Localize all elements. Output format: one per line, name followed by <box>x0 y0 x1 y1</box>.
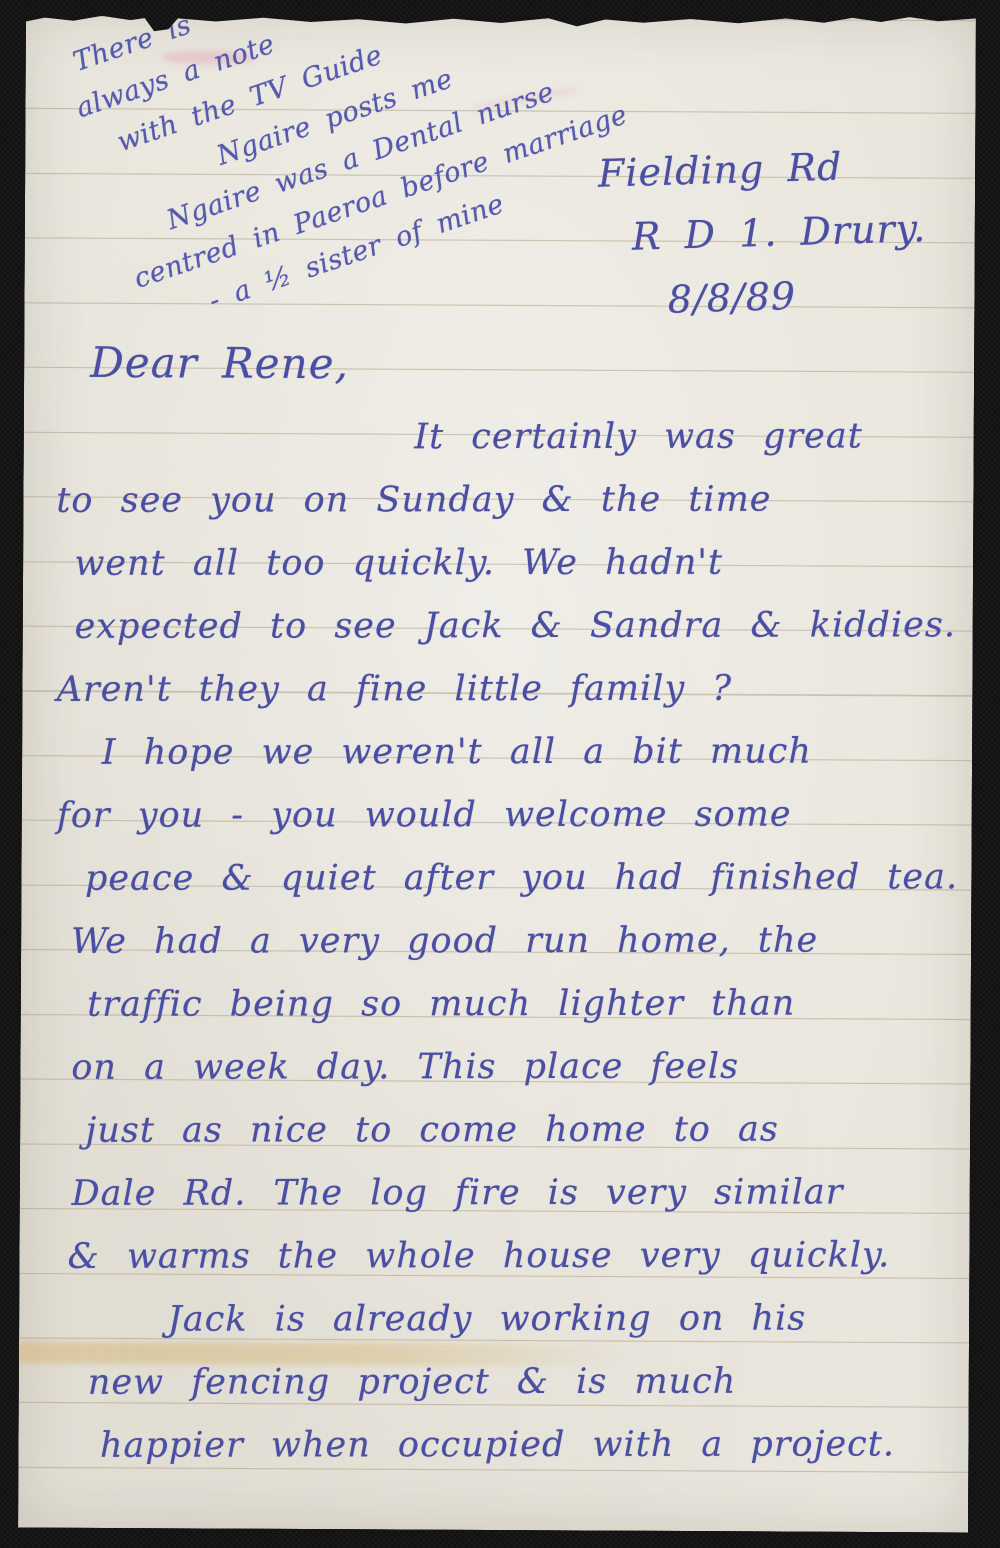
letter-body: It certainly was great to see you on Sun… <box>56 405 963 1478</box>
body-line: & warms the whole house very quickly. <box>68 1224 963 1289</box>
body-line: on a week day. This place feels <box>71 1035 962 1100</box>
black-fabric-background: There is always a note with the TV Guide… <box>0 0 1000 1548</box>
body-line: I hope we weren't all a bit much <box>102 720 962 785</box>
body-line: traffic being so much lighter than <box>87 972 962 1037</box>
address-street: Fielding Rd <box>597 132 925 206</box>
body-line: Dale Rd. The log fire is very similar <box>71 1161 962 1226</box>
body-line: We had a very good run home, the <box>71 909 962 974</box>
address-locality: R D 1. Drury. <box>631 196 927 269</box>
body-line: new fencing project & is much <box>88 1350 963 1415</box>
body-line: Jack is already working on his <box>168 1287 963 1351</box>
letter-paper: There is always a note with the TV Guide… <box>18 12 976 1533</box>
body-line: It certainly was great <box>414 405 961 469</box>
body-line: happier when occupied with a project. <box>100 1413 963 1478</box>
body-line: Aren't they a fine little family ? <box>57 657 962 722</box>
body-line: just as nice to come home to as <box>85 1098 962 1163</box>
body-line: went all too quickly. We hadn't <box>74 531 961 596</box>
address-block: Fielding Rd R D 1. Drury. 8/8/89 <box>567 132 929 334</box>
salutation: Dear Rene, <box>90 338 349 388</box>
body-line: expected to see Jack & Sandra & kiddies. <box>75 594 962 659</box>
letter-date: 8/8/89 <box>667 260 929 332</box>
body-line: to see you on Sunday & the time <box>56 468 961 533</box>
body-line: peace & quiet after you had finished tea… <box>85 846 962 911</box>
body-line: for you - you would welcome some <box>57 783 962 848</box>
